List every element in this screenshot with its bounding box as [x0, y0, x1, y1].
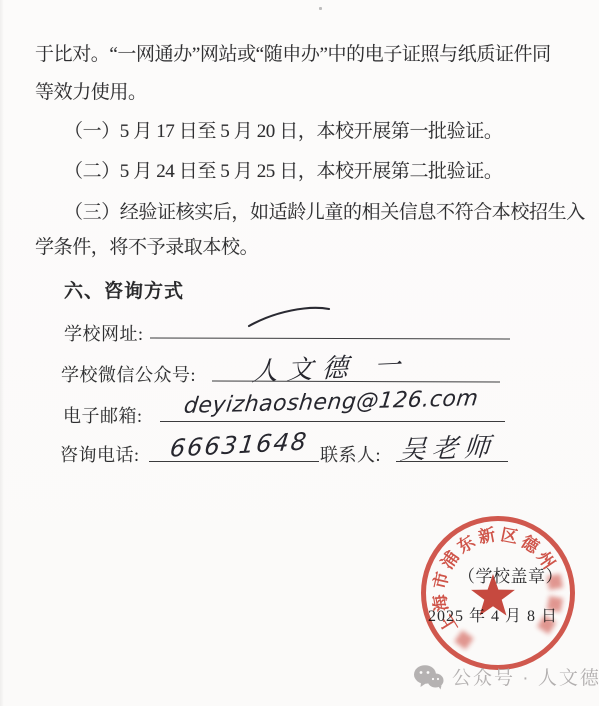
seal-redacted-marks — [454, 574, 563, 650]
body-line: 学条件，将不予录取本校。 — [35, 237, 258, 259]
body-line-item-1: （一）5 月 17 日至 5 月 20 日，本校开展第一批验证。 — [64, 121, 502, 143]
scan-speck — [319, 7, 322, 10]
school-seal-stamp: 上海市浦东新区德州 — [413, 508, 583, 678]
svg-text:东: 东 — [453, 531, 478, 557]
phone-label: 咨询电话: — [60, 441, 140, 467]
svg-text:浦: 浦 — [437, 547, 463, 572]
contact-label: 联系人: — [320, 441, 381, 467]
svg-text:市: 市 — [429, 570, 452, 591]
handwritten-dash-mark — [246, 306, 332, 330]
watermark-text: 公众号 · 人文德一 — [452, 663, 599, 690]
contact-handwritten-value: 吴老师 — [399, 426, 498, 466]
svg-text:新: 新 — [477, 524, 498, 547]
wechat-account-label: 学校微信公众号: — [61, 361, 196, 387]
section-heading-consultation: 六、咨询方式 — [64, 276, 184, 303]
body-line: 于比对。“一网通办”网站或“随申办”中的电子证照与纸质证件同 — [35, 44, 551, 66]
body-line: 等效力使用。 — [35, 82, 147, 104]
body-line-item-3: （三）经验证核实后，如适龄儿童的相关信息不符合本校招生入 — [64, 202, 585, 224]
wechat-handwritten-value: 人文德 一 — [251, 345, 410, 389]
svg-text:区: 区 — [499, 525, 519, 547]
svg-text:州: 州 — [533, 548, 558, 573]
seal-star-icon — [471, 574, 515, 616]
svg-text:上: 上 — [435, 611, 461, 636]
email-blank-line — [160, 421, 505, 422]
body-line-item-2: （二）5 月 24 日至 5 月 25 日，本校开展第二批验证。 — [64, 161, 502, 183]
svg-text:海: 海 — [429, 592, 452, 613]
email-label: 电子邮箱: — [63, 402, 143, 428]
watermark: 公众号 · 人文德一 — [413, 663, 599, 690]
wechat-icon — [413, 664, 444, 690]
website-label: 学校网址: — [64, 320, 144, 346]
